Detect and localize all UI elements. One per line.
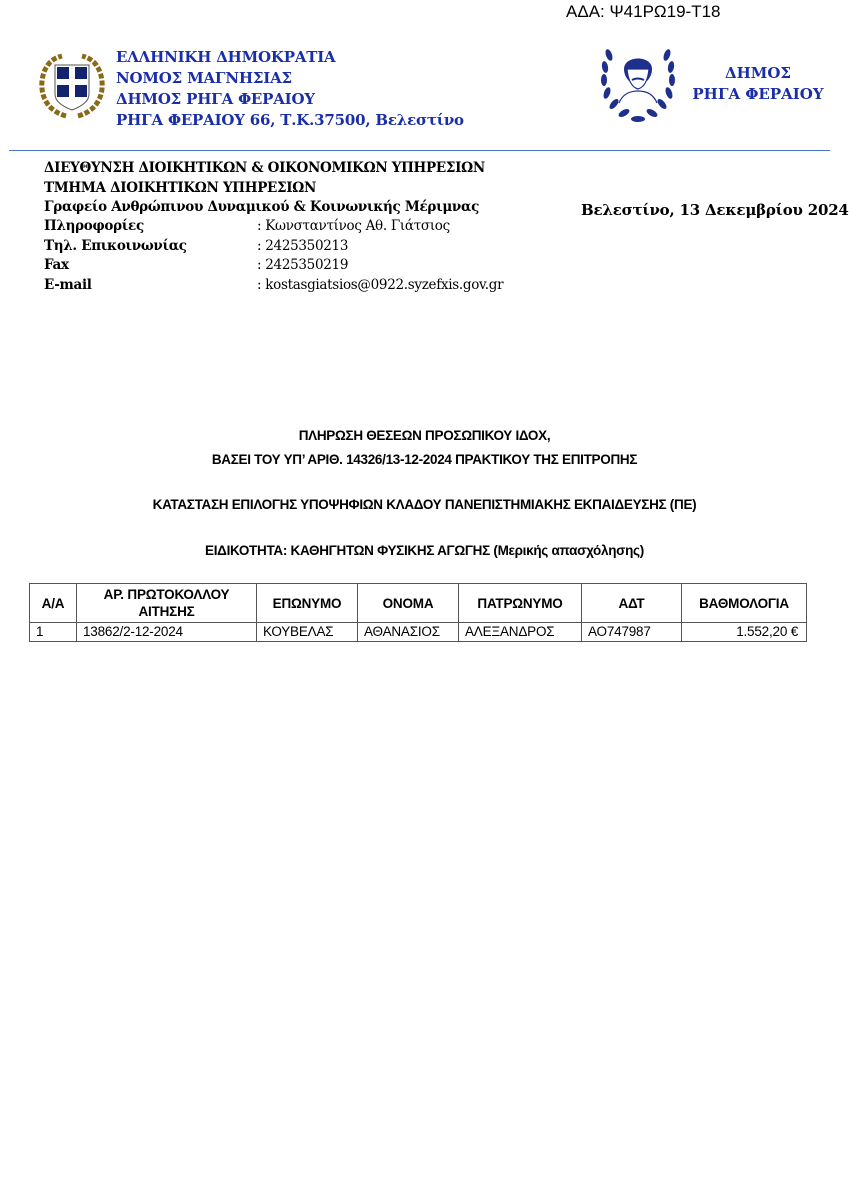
department-line: ΔΙΕΥΘΥΝΣΗ ΔΙΟΙΚΗΤΙΚΩΝ & ΟΙΚΟΝΟΜΙΚΩΝ ΥΠΗΡ… [44, 159, 485, 179]
col-score: ΒΑΘΜΟΛΟΓΙΑ [682, 584, 807, 623]
title-line-2: ΒΑΣΕΙ ΤΟΥ ΥΠ’ ΑΡΙΘ. 14326/13-12-2024 ΠΡΑ… [0, 452, 849, 467]
title-line-3: ΚΑΤΑΣΤΑΣΗ ΕΠΙΛΟΓΗΣ ΥΠΟΨΗΦΙΩΝ ΚΛΑΔΟΥ ΠΑΝΕ… [0, 497, 849, 512]
department-line: Γραφείο Ανθρώπινου Δυναμικού & Κοινωνική… [44, 198, 485, 218]
document-date: Βελεστίνο, 13 Δεκεμβρίου 2024 [581, 201, 849, 219]
issuer-line: ΔΗΜΟΣ ΡΗΓΑ ΦΕΡΑΙΟΥ [116, 89, 464, 110]
issuer-line: ΕΛΛΗΝΙΚΗ ΔΗΜΟΚΡΑΤΙΑ [116, 47, 464, 68]
contact-value: : Κωνσταντίνος Αθ. Γιάτσιος [257, 217, 450, 237]
contact-value: : kostasgiatsios@0922.syzefxis.gov.gr [257, 276, 503, 296]
contact-label: Τηλ. Επικοινωνίας [44, 237, 257, 257]
contact-row-email: E-mail : kostasgiatsios@0922.syzefxis.go… [44, 276, 503, 296]
contact-label: Πληροφορίες [44, 217, 257, 237]
municipality-logo-icon [597, 45, 679, 125]
issuer-line: ΡΗΓΑ ΦΕΡΑΙΟΥ 66, Τ.Κ.37500, Βελεστίνο [116, 110, 464, 131]
col-fathers-name: ΠΑΤΡΩΝΥΜΟ [459, 584, 582, 623]
municipality-name: ΔΗΜΟΣ ΡΗΓΑ ΦΕΡΑΙΟΥ [688, 63, 828, 105]
contact-value: : 2425350213 [257, 237, 348, 257]
municipality-line: ΡΗΓΑ ΦΕΡΑΙΟΥ [688, 84, 828, 105]
cell-fathers-name: ΑΛΕΞΑΝΔΡΟΣ [459, 623, 582, 642]
col-aa: Α/Α [30, 584, 77, 623]
col-protocol: ΑΡ. ΠΡΩΤΟΚΟΛΛΟΥ ΑΙΤΗΣΗΣ [77, 584, 257, 623]
contact-row-phone: Τηλ. Επικοινωνίας : 2425350213 [44, 237, 503, 257]
greek-emblem-icon [36, 50, 108, 122]
contact-label: E-mail [44, 276, 257, 296]
contact-block: Πληροφορίες : Κωνσταντίνος Αθ. Γιάτσιος … [44, 217, 503, 295]
issuer-block: ΕΛΛΗΝΙΚΗ ΔΗΜΟΚΡΑΤΙΑ ΝΟΜΟΣ ΜΑΓΝΗΣΙΑΣ ΔΗΜΟ… [116, 47, 464, 131]
col-name: ΟΝΟΜΑ [358, 584, 459, 623]
cell-protocol: 13862/2-12-2024 [77, 623, 257, 642]
contact-row-info: Πληροφορίες : Κωνσταντίνος Αθ. Γιάτσιος [44, 217, 503, 237]
title-line-4: ΕΙΔΙΚΟΤΗΤΑ: ΚΑΘΗΓΗΤΩΝ ΦΥΣΙΚΗΣ ΑΓΩΓΗΣ (Με… [0, 543, 849, 558]
contact-row-fax: Fax : 2425350219 [44, 256, 503, 276]
municipality-line: ΔΗΜΟΣ [688, 63, 828, 84]
contact-value: : 2425350219 [257, 256, 348, 276]
cell-id-card: ΑΟ747987 [582, 623, 682, 642]
col-id-card: ΑΔΤ [582, 584, 682, 623]
department-block: ΔΙΕΥΘΥΝΣΗ ΔΙΟΙΚΗΤΙΚΩΝ & ΟΙΚΟΝΟΜΙΚΩΝ ΥΠΗΡ… [44, 159, 485, 218]
department-line: ΤΜΗΜΑ ΔΙΟΙΚΗΤΙΚΩΝ ΥΠΗΡΕΣΙΩΝ [44, 179, 485, 199]
title-line-1: ΠΛΗΡΩΣΗ ΘΕΣΕΩΝ ΠΡΟΣΩΠΙΚΟΥ ΙΔΟΧ, [0, 428, 849, 443]
header-divider [9, 150, 830, 151]
ada-code: ΑΔΑ: Ψ41ΡΩ19-Τ18 [566, 2, 721, 22]
contact-label: Fax [44, 256, 257, 276]
col-surname: ΕΠΩΝΥΜΟ [257, 584, 358, 623]
cell-surname: ΚΟΥΒΕΛΑΣ [257, 623, 358, 642]
cell-aa: 1 [30, 623, 77, 642]
selection-table: Α/Α ΑΡ. ΠΡΩΤΟΚΟΛΛΟΥ ΑΙΤΗΣΗΣ ΕΠΩΝΥΜΟ ΟΝΟΜ… [29, 583, 807, 642]
table-header-row: Α/Α ΑΡ. ΠΡΩΤΟΚΟΛΛΟΥ ΑΙΤΗΣΗΣ ΕΠΩΝΥΜΟ ΟΝΟΜ… [30, 584, 807, 623]
cell-name: ΑΘΑΝΑΣΙΟΣ [358, 623, 459, 642]
cell-score: 1.552,20 € [682, 623, 807, 642]
issuer-line: ΝΟΜΟΣ ΜΑΓΝΗΣΙΑΣ [116, 68, 464, 89]
table-row: 1 13862/2-12-2024 ΚΟΥΒΕΛΑΣ ΑΘΑΝΑΣΙΟΣ ΑΛΕ… [30, 623, 807, 642]
